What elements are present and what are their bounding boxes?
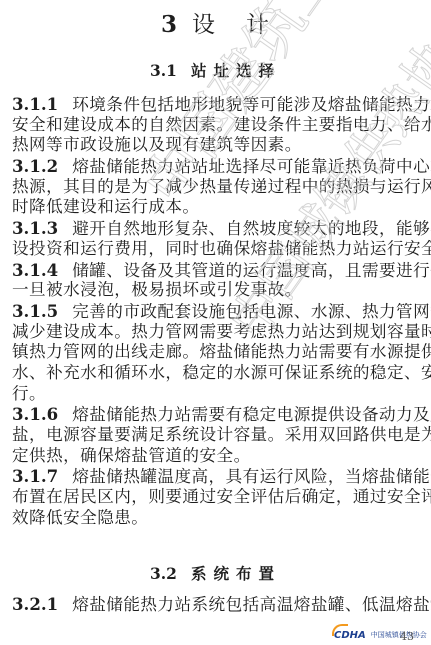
chapter-number: 3: [161, 11, 178, 38]
page-number: 43: [400, 630, 414, 643]
logo-arc-icon: [332, 624, 348, 636]
clause-line: 减少建设成本。热力管网需要考虑热力站达到规划容量时接入城: [12, 322, 421, 343]
clause-text: 熔盐储能热力站需要有稳定电源提供设备动力及加热熔: [72, 405, 431, 424]
section-title-text: 系统布置: [191, 564, 281, 583]
clause-text: 熔盐储能热力站系统包括高温熔盐罐、低温熔盐罐、熔: [72, 595, 431, 614]
clause-line: 热源，其目的是为了减少热量传递过程中的热损与运行风险，同: [12, 177, 421, 198]
clause-number: 3.1.4: [12, 260, 58, 280]
clause-line: 水、补充水和循环水，稳定的水源可保证系统的稳定、安全运: [12, 363, 421, 384]
clause-line: 镇热力管网的出线走廊。熔盐储能热力站需要有水源提供冷却: [12, 342, 421, 363]
clause-line: 盐，电源容量要满足系统设计容量。采用双回路供电是为保障稳: [12, 425, 421, 446]
clause-number: 3.1.3: [12, 218, 58, 238]
clause-line: 安全和建设成本的自然因素。建设条件主要指电力、给水排水、: [12, 115, 421, 136]
section-heading-3-2: 3.2系统布置: [0, 564, 431, 584]
chapter-title-char: 设: [192, 12, 216, 38]
clause-number: 3.1.7: [12, 466, 58, 486]
clause-line: 行。: [12, 384, 421, 405]
clause-text: 避开自然地形复杂、自然坡度较大的地段，能够减少建: [72, 219, 431, 238]
chapter-title: 3设计: [0, 10, 431, 40]
section-number: 3.2: [150, 564, 177, 583]
document-page: 3设计 3.1站址选择 3.1.1环境条件包括地形地貌等可能涉及熔盐储能热力站建…: [0, 0, 431, 645]
clause-text: 环境条件包括地形地貌等可能涉及熔盐储能热力站建设: [72, 95, 431, 114]
clause-number: 3.1.5: [12, 301, 58, 321]
clause-number: 3.1.1: [12, 94, 58, 114]
chapter-title-char: 计: [246, 12, 270, 38]
clause-line: 效降低安全隐患。: [12, 508, 421, 529]
section-number: 3.1: [150, 61, 177, 80]
section-heading-3-1: 3.1站址选择: [0, 61, 431, 81]
clause-text: 完善的市政配套设施包括电源、水源、热力管网等，可: [72, 302, 431, 321]
clause-text: 熔盐储热罐温度高，具有运行风险，当熔盐储能热力站: [72, 467, 431, 486]
clause-line: 3.1.4储罐、设备及其管道的运行温度高，且需要进行保温，: [12, 260, 421, 281]
clause-line: 3.1.2熔盐储能热力站站址选择尽可能靠近热负荷中心或其他: [12, 156, 421, 177]
clause-number: 3.1.2: [12, 156, 58, 176]
section-title-text: 站址选择: [191, 61, 281, 80]
cdha-logo-mark: CDHA: [334, 630, 366, 641]
clause-line: 3.1.7熔盐储热罐温度高，具有运行风险，当熔盐储能热力站: [12, 466, 421, 487]
clause-line: 一旦被水浸泡，极易损坏或引发事故。: [12, 280, 421, 301]
clause-number: 3.1.6: [12, 404, 58, 424]
logo-text: 中国城镇供热协会: [371, 630, 427, 640]
clause-line: 热网等市政设施以及现有建筑等因素。: [12, 135, 421, 156]
clause-line: 3.1.5完善的市政配套设施包括电源、水源、热力管网等，可: [12, 301, 421, 322]
clause-number: 3.2.1: [12, 594, 58, 614]
clause-line: 时降低建设和运行成本。: [12, 197, 421, 218]
clause-line: 布置在居民区内，则要通过安全评估后确定，通过安全评估可有: [12, 487, 421, 508]
clause-text: 熔盐储能热力站站址选择尽可能靠近热负荷中心或其他: [72, 157, 431, 176]
clause-line: 3.1.3避开自然地形复杂、自然坡度较大的地段，能够减少建: [12, 218, 421, 239]
section-3-2-body: 3.2.1熔盐储能热力站系统包括高温熔盐罐、低温熔盐罐、熔: [12, 594, 421, 615]
clause-text: 储罐、设备及其管道的运行温度高，且需要进行保温，: [72, 261, 431, 280]
section-3-1-body: 3.1.1环境条件包括地形地貌等可能涉及熔盐储能热力站建设 安全和建设成本的自然…: [12, 94, 421, 528]
clause-line: 3.1.6熔盐储能热力站需要有稳定电源提供设备动力及加热熔: [12, 404, 421, 425]
clause-line: 3.2.1熔盐储能热力站系统包括高温熔盐罐、低温熔盐罐、熔: [12, 594, 421, 615]
clause-line: 3.1.1环境条件包括地形地貌等可能涉及熔盐储能热力站建设: [12, 94, 421, 115]
clause-line: 设投资和运行费用，同时也确保熔盐储能热力站运行安全。: [12, 239, 421, 260]
clause-line: 定供热，确保熔盐管道的安全。: [12, 446, 421, 467]
